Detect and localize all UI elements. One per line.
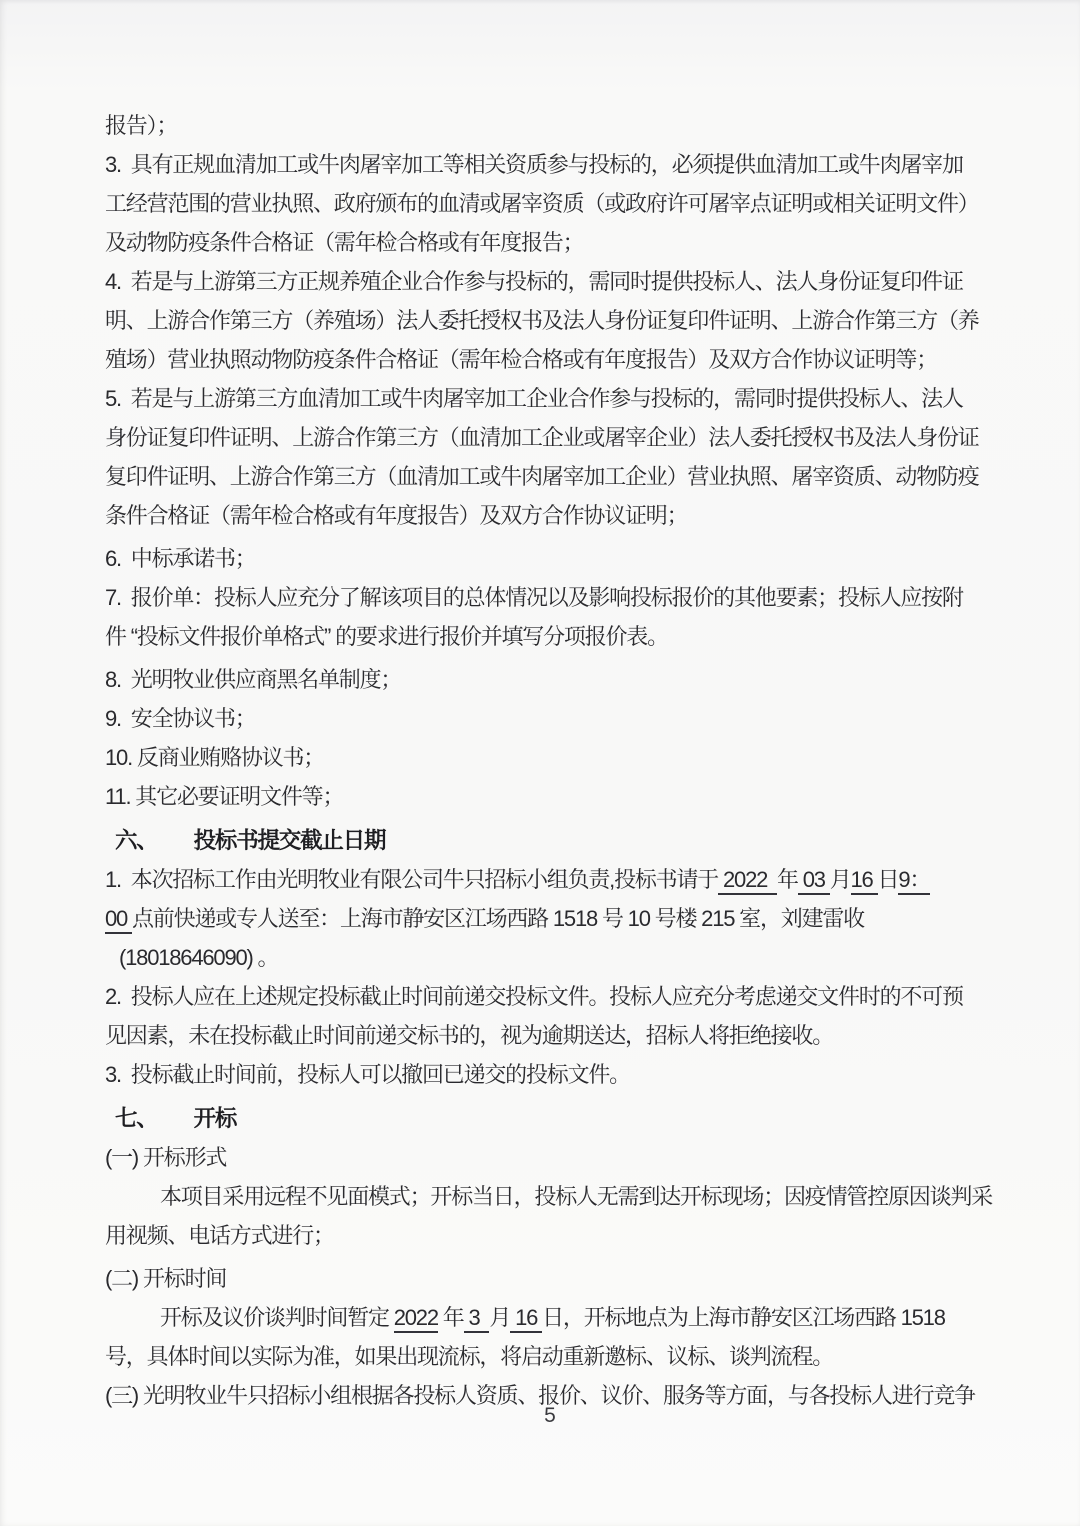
text-segment: (18018646090) 。 [119,945,278,970]
text-segment: 月 [489,1305,510,1330]
underlined-value: 03 [798,867,830,895]
document-line: 9. 安全协议书； [105,699,1025,738]
underlined-value: 16 [510,1305,542,1333]
text-segment: 见因素，未在投标截止时间前递交标书的，视为逾期送达，招标人将拒绝接收。 [105,1023,833,1048]
text-segment: 点前快递或专人送至：上海市静安区江场西路 1518 号 10 号楼 215 室，… [132,906,864,931]
underlined-value: 2022 [718,867,777,895]
text-segment: 用视频、电话方式进行； [105,1223,334,1248]
section-heading: 六、投标书提交截止日期 [105,821,1025,860]
document-page: 报告）；3. 具有正规血清加工或牛肉屠宰加工等相关资质参与投标的，必须提供血清加… [0,0,1080,1526]
text-segment: 3. 具有正规血清加工或牛肉屠宰加工等相关资质参与投标的，必须提供血清加工或牛肉… [105,152,963,177]
underlined-value: 9： [898,867,930,895]
text-segment: 1. 本次招标工作由光明牧业有限公司牛只招标小组负责,投标书请于 [105,867,718,892]
document-line: 2. 投标人应在上述规定投标截止时间前递交投标文件。投标人应充分考虑递交文件时的… [105,977,1025,1016]
document-line: 8. 光明牧业供应商黑名单制度； [105,660,1025,699]
text-segment: (一) 开标形式 [105,1145,226,1170]
text-segment: 4. 若是与上游第三方正规养殖企业合作参与投标的，需同时提供投标人、法人身份证复… [105,269,963,294]
page-number: 5 [105,1402,995,1430]
document-line: 11. 其它必要证明文件等； [105,777,1025,816]
text-segment: 5. 若是与上游第三方血清加工或牛肉屠宰加工企业合作参与投标的，需同时提供投标人… [105,386,963,411]
document-line: 身份证复印件证明、上游合作第三方（血清加工企业或屠宰企业）法人委托授权书及法人身… [105,418,1025,457]
text-segment: 工经营范围的营业执照、政府颁布的血清或屠宰资质（或政府许可屠宰点证明或相关证明文… [105,191,979,216]
text-segment: 七、 [115,1106,158,1131]
document-line: 工经营范围的营业执照、政府颁布的血清或屠宰资质（或政府许可屠宰点证明或相关证明文… [105,184,1025,223]
document-line: 本项目采用远程不见面模式；开标当日，投标人无需到达开标现场；因疫情管控原因谈判采 [105,1177,1025,1216]
document-line: 见因素，未在投标截止时间前递交标书的，视为逾期送达，招标人将拒绝接收。 [105,1016,1025,1055]
document-line: 00 点前快递或专人送至：上海市静安区江场西路 1518 号 10 号楼 215… [105,899,1025,938]
text-segment: 3. 投标截止时间前，投标人可以撤回已递交的投标文件。 [105,1062,630,1087]
underlined-value: 2022 [394,1305,438,1333]
text-segment: 日 [878,867,899,892]
document-line: 3. 投标截止时间前，投标人可以撤回已递交的投标文件。 [105,1055,1025,1094]
document-body: 报告）；3. 具有正规血清加工或牛肉屠宰加工等相关资质参与投标的，必须提供血清加… [105,106,1025,1415]
document-line: 1. 本次招标工作由光明牧业有限公司牛只招标小组负责,投标书请于 2022 年 … [105,860,1025,899]
text-segment: 本项目采用远程不见面模式；开标当日，投标人无需到达开标现场；因疫情管控原因谈判采 [160,1184,992,1209]
text-segment: 投标书提交截止日期 [194,828,386,853]
text-segment: 开标 [194,1106,237,1131]
text-segment: 10. 反商业贿赂协议书； [105,745,324,770]
text-segment: 开标及议价谈判时间暂定 [160,1305,394,1330]
text-segment: 身份证复印件证明、上游合作第三方（血清加工企业或屠宰企业）法人委托授权书及法人身… [105,425,979,450]
text-segment: 条件合格证（需年检合格或有年度报告）及双方合作协议证明； [105,503,687,528]
document-line: 殖场）营业执照动物防疫条件合格证（需年检合格或有年度报告）及双方合作协议证明等； [105,340,1025,379]
document-line: 7. 报价单：投标人应充分了解该项目的总体情况以及影响投标报价的其他要素；投标人… [105,578,1025,617]
document-line: 5. 若是与上游第三方血清加工或牛肉屠宰加工企业合作参与投标的，需同时提供投标人… [105,379,1025,418]
document-line: 明、上游合作第三方（养殖场）法人委托授权书及法人身份证复印件证明、上游合作第三方… [105,301,1025,340]
text-segment: 9. 安全协议书； [105,706,256,731]
text-segment: 7. 报价单：投标人应充分了解该项目的总体情况以及影响投标报价的其他要素；投标人… [105,585,963,610]
text-segment: 复印件证明、上游合作第三方（血清加工或牛肉屠宰加工企业）营业执照、屠宰资质、动物… [105,464,979,489]
document-line: 用视频、电话方式进行； [105,1216,1025,1255]
document-line: 号，具体时间以实际为准，如果出现流标，将启动重新邀标、议标、谈判流程。 [105,1337,1025,1376]
text-segment: 年 [438,1305,464,1330]
text-segment: 报告）； [105,113,177,138]
text-segment: 年 [777,867,798,892]
text-segment: 号，具体时间以实际为准，如果出现流标，将启动重新邀标、议标、谈判流程。 [105,1344,833,1369]
text-segment: 月 [830,867,851,892]
document-line: (一) 开标形式 [105,1138,1025,1177]
document-line: 及动物防疫条件合格证（需年检合格或有年度报告； [105,223,1025,262]
document-line: 4. 若是与上游第三方正规养殖企业合作参与投标的，需同时提供投标人、法人身份证复… [105,262,1025,301]
underlined-value: 16 [851,867,878,895]
document-line: 3. 具有正规血清加工或牛肉屠宰加工等相关资质参与投标的，必须提供血清加工或牛肉… [105,145,1025,184]
document-line: 复印件证明、上游合作第三方（血清加工或牛肉屠宰加工企业）营业执照、屠宰资质、动物… [105,457,1025,496]
text-segment: 明、上游合作第三方（养殖场）法人委托授权书及法人身份证复印件证明、上游合作第三方… [105,308,979,333]
document-line: (18018646090) 。 [105,938,1025,977]
underlined-value: 3 [464,1305,490,1333]
text-segment: 11. 其它必要证明文件等； [105,784,343,809]
section-heading: 七、开标 [105,1099,1025,1138]
document-line: 6. 中标承诺书； [105,539,1025,578]
document-line: 条件合格证（需年检合格或有年度报告）及双方合作协议证明； [105,496,1025,535]
text-segment: 六、 [115,828,158,853]
text-segment: 及动物防疫条件合格证（需年检合格或有年度报告； [105,230,583,255]
text-segment: 殖场）营业执照动物防疫条件合格证（需年检合格或有年度报告）及双方合作协议证明等； [105,347,937,372]
document-line: 10. 反商业贿赂协议书； [105,738,1025,777]
underlined-value: 00 [105,906,132,934]
document-line: (二) 开标时间 [105,1259,1025,1298]
document-line: 开标及议价谈判时间暂定 2022 年 3 月 16 日，开标地点为上海市静安区江… [105,1298,1025,1337]
text-segment: 6. 中标承诺书； [105,546,256,571]
text-segment: 2. 投标人应在上述规定投标截止时间前递交投标文件。投标人应充分考虑递交文件时的… [105,984,963,1009]
text-segment: (二) 开标时间 [105,1266,226,1291]
document-line: 件 “投标文件报价单格式” 的要求进行报价并填写分项报价表。 [105,617,1025,656]
text-segment: 件 “投标文件报价单格式” 的要求进行报价并填写分项报价表。 [105,624,668,649]
text-segment: 8. 光明牧业供应商黑名单制度； [105,667,401,692]
document-line: 报告）； [105,106,1025,145]
text-segment: 日，开标地点为上海市静安区江场西路 1518 [542,1305,945,1330]
